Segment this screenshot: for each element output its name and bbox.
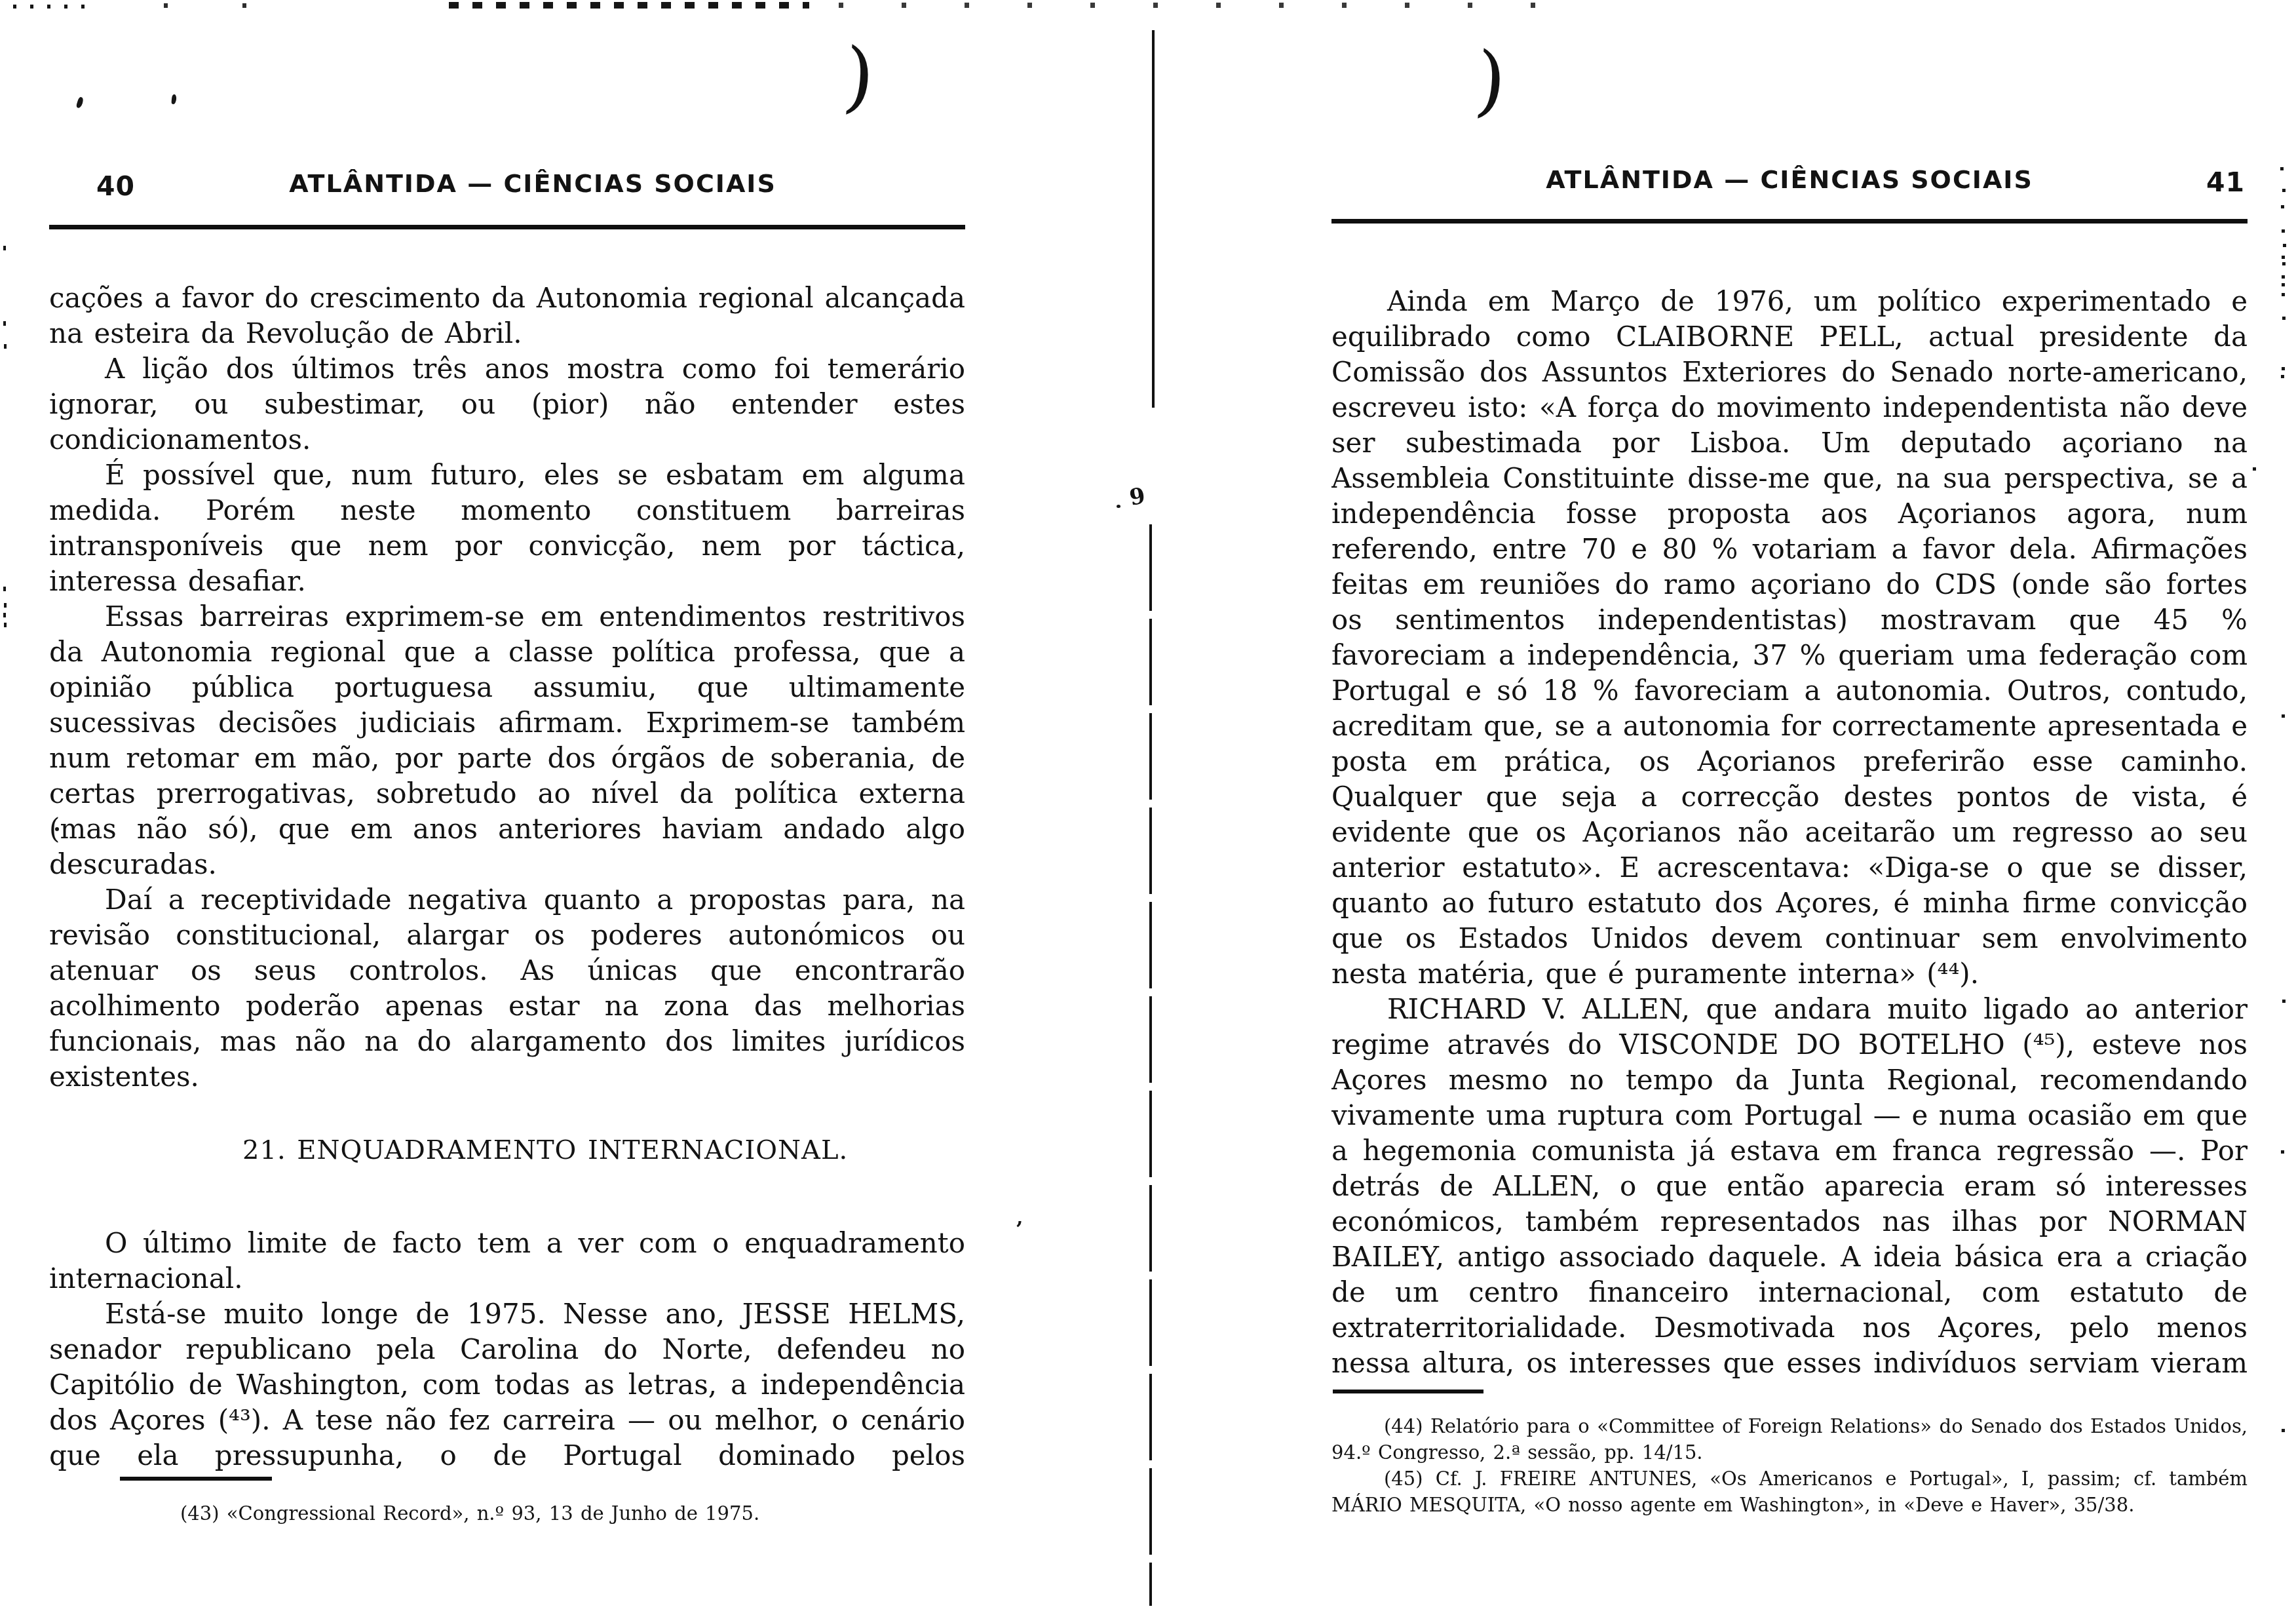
page-body: Ainda em Março de 1976, um político expe… (1331, 284, 2248, 1385)
page-header: 40 ATLÂNTIDA — CIÊNCIAS SOCIAIS (49, 169, 965, 203)
scan-speck-column (3, 246, 6, 250)
footnote-block: (44) Relatório para o «Committee of Fore… (1331, 1390, 2248, 1518)
page-gutter-line (1149, 524, 1152, 1606)
running-title: ATLÂNTIDA — CIÊNCIAS SOCIAIS (1331, 165, 2248, 194)
scan-speck-column (2280, 167, 2284, 170)
stray-digit-mark: 9 (1128, 482, 1147, 511)
section-heading: 21. ENQUADRAMENTO INTERNACIONAL. (242, 1133, 965, 1168)
scan-noise-band (13, 5, 98, 9)
page-40: 40 ATLÂNTIDA — CIÊNCIAS SOCIAIS cações a… (49, 169, 965, 1611)
stray-paren-mark: ) (841, 37, 877, 117)
page-41: ATLÂNTIDA — CIÊNCIAS SOCIAIS 41 Ainda em… (1331, 165, 2248, 1614)
header-rule (49, 225, 965, 229)
paragraph: Ainda em Março de 1976, um político expe… (1331, 284, 2248, 992)
paragraph: cações a favor do crescimento da Autonom… (49, 281, 965, 351)
paragraph: RICHARD V. ALLEN, que andara muito ligad… (1331, 992, 2248, 1385)
page-body: cações a favor do crescimento da Autonom… (49, 281, 965, 1473)
footnotes: (44) Relatório para o «Committee of Fore… (1331, 1413, 2248, 1518)
scan-noise-band (164, 3, 275, 8)
paragraph: A lição dos últimos três anos mostra com… (49, 351, 965, 457)
page-header: ATLÂNTIDA — CIÊNCIAS SOCIAIS 41 (1331, 165, 2248, 199)
footnote: (45) Cf. J. FREIRE ANTUNES, «Os American… (1331, 1466, 2248, 1518)
page-number: 41 (2206, 166, 2245, 198)
paragraph: Está-se muito longe de 1975. Nesse ano, … (49, 1296, 965, 1473)
footnote-rule (1333, 1390, 1483, 1393)
page-gutter-line (1152, 30, 1155, 408)
running-title: ATLÂNTIDA — CIÊNCIAS SOCIAIS (49, 169, 965, 198)
scan-speck (171, 94, 177, 105)
footnote-rule (120, 1477, 272, 1481)
scan-noise-band (449, 2, 809, 9)
footnote-block: (43) «Congressional Record», n.º 93, 13 … (49, 1477, 965, 1527)
book-spread-scan: ) ) 9 ’ 40 ATLÂNTIDA — CIÊNCIAS SOCIAIS … (0, 0, 2296, 1615)
paragraph: O último limite de facto tem a ver com o… (49, 1226, 965, 1296)
header-rule (1331, 219, 2248, 224)
scan-speck (76, 96, 85, 109)
stray-paren-mark: ) (1472, 41, 1509, 121)
footnotes: (43) «Congressional Record», n.º 93, 13 … (49, 1500, 965, 1527)
footnote: (43) «Congressional Record», n.º 93, 13 … (49, 1500, 965, 1527)
paragraph: Essas barreiras exprimem-se em entendime… (49, 599, 965, 882)
paragraph: É possível que, num futuro, eles se esba… (49, 457, 965, 599)
paragraph: Daí a receptividade negativa quanto a pr… (49, 882, 965, 1095)
scan-noise-band (839, 3, 1592, 8)
stray-quote-mark: ’ (1016, 1216, 1023, 1241)
footnote: (44) Relatório para o «Committee of Fore… (1331, 1413, 2248, 1466)
scan-speck (1117, 505, 1120, 508)
